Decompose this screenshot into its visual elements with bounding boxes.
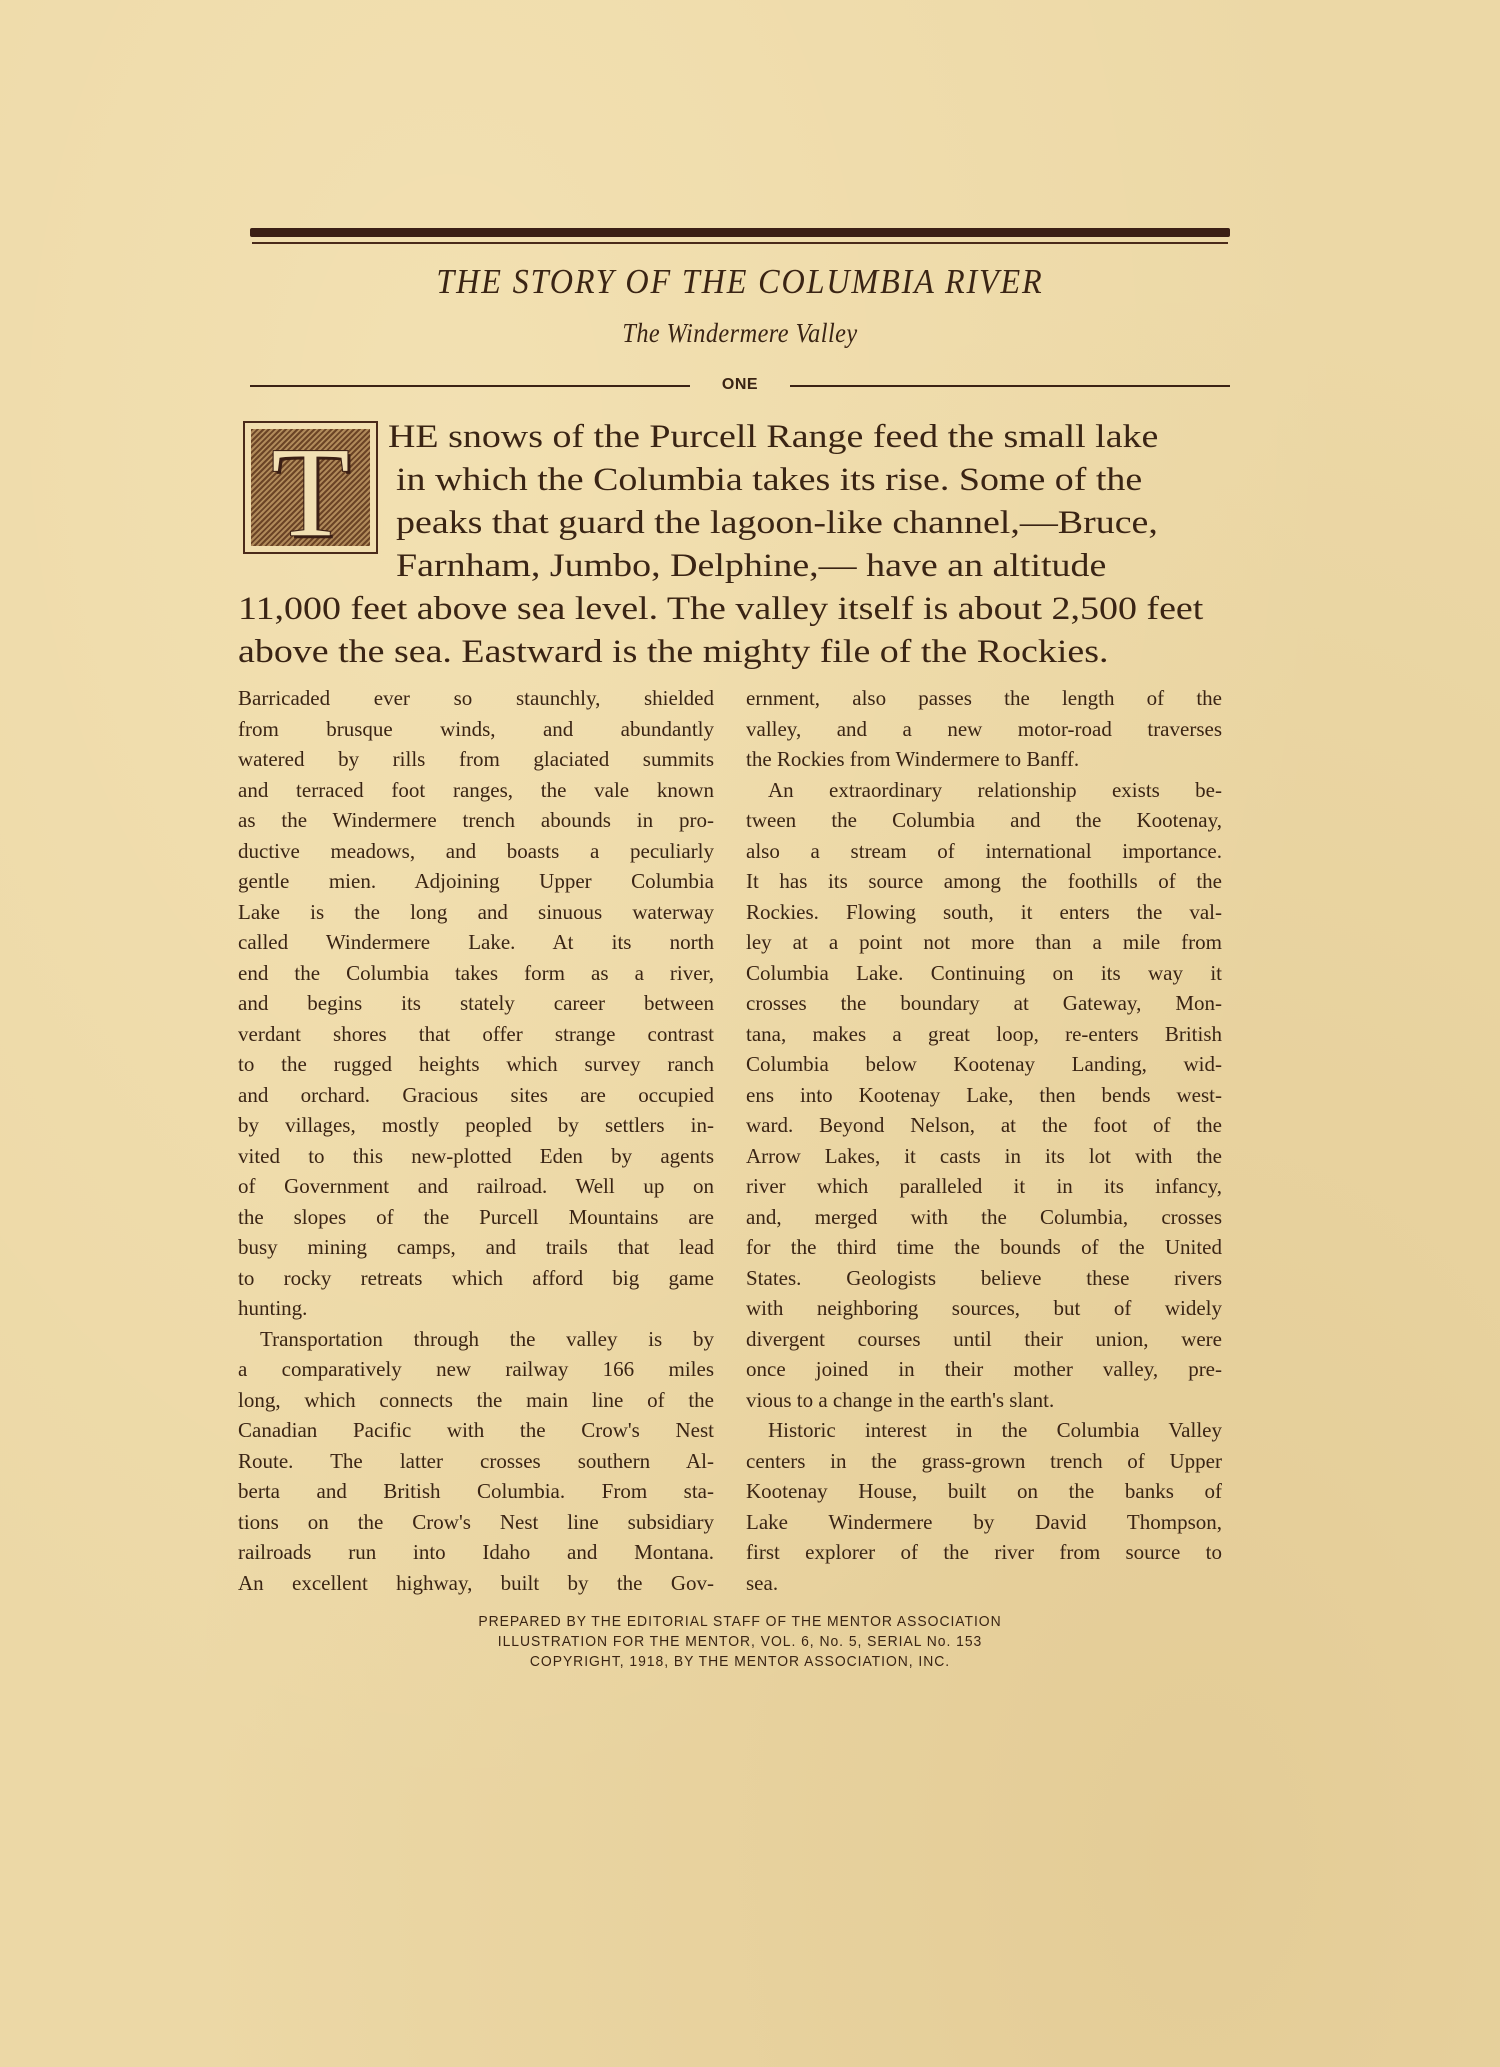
document-page: THE STORY OF THE COLUMBIA RIVER The Wind… bbox=[0, 0, 1500, 2067]
text-line: Lake Windermere by David Thompson, bbox=[746, 1507, 1222, 1538]
text-line: watered by rills from glaciated summits bbox=[238, 744, 714, 775]
drop-cap-box: T bbox=[243, 421, 378, 554]
footer-credits: PREPARED BY THE EDITORIAL STAFF OF THE M… bbox=[270, 1612, 1211, 1672]
text-line: the slopes of the Purcell Mountains are bbox=[238, 1202, 714, 1233]
text-line: ductive meadows, and boasts a peculiarly bbox=[238, 836, 714, 867]
text-line: of Government and railroad. Well up on bbox=[238, 1171, 714, 1202]
text-line: crosses the boundary at Gateway, Mon- bbox=[746, 988, 1222, 1019]
text-line: and orchard. Gracious sites are occupied bbox=[238, 1080, 714, 1111]
text-line: Canadian Pacific with the Crow's Nest bbox=[238, 1415, 714, 1446]
text-line: Kootenay House, built on the banks of bbox=[746, 1476, 1222, 1507]
text-line: for the third time the bounds of the Uni… bbox=[746, 1232, 1222, 1263]
text-line: Rockies. Flowing south, it enters the va… bbox=[746, 897, 1222, 928]
text-line: An excellent highway, built by the Gov- bbox=[238, 1568, 714, 1599]
text-line: tions on the Crow's Nest line subsidiary bbox=[238, 1507, 714, 1538]
text-line: the Rockies from Windermere to Banff. bbox=[746, 744, 1222, 775]
section-divider: ONE bbox=[250, 374, 1230, 396]
text-line: An extraordinary relationship exists be- bbox=[746, 775, 1222, 806]
text-line: Barricaded ever so staunchly, shielded bbox=[238, 683, 714, 714]
text-line: ley at a point not more than a mile from bbox=[746, 927, 1222, 958]
text-line: also a stream of international importanc… bbox=[746, 836, 1222, 867]
section-label: ONE bbox=[690, 374, 790, 396]
text-line: to rocky retreats which afford big game bbox=[238, 1263, 714, 1294]
divider-line-right bbox=[790, 385, 1230, 387]
text-line: valley, and a new motor-road traverses bbox=[746, 714, 1222, 745]
text-line: by villages, mostly peopled by settlers … bbox=[238, 1110, 714, 1141]
text-line: Arrow Lakes, it casts in its lot with th… bbox=[746, 1141, 1222, 1172]
intro-line: Farnham, Jumbo, Delphine,— have an altit… bbox=[396, 545, 1106, 588]
intro-line: 11,000 feet above sea level. The valley … bbox=[238, 588, 1203, 631]
text-line: with neighboring sources, but of widely bbox=[746, 1293, 1222, 1324]
top-rule-thin bbox=[252, 242, 1228, 244]
text-line: Columbia Lake. Continuing on its way it bbox=[746, 958, 1222, 989]
text-line: tana, makes a great loop, re-enters Brit… bbox=[746, 1019, 1222, 1050]
top-rule-thick bbox=[250, 228, 1230, 237]
text-line: and, merged with the Columbia, crosses bbox=[746, 1202, 1222, 1233]
right-column: ernment, also passes the length of the v… bbox=[746, 683, 1222, 1598]
text-line: Columbia below Kootenay Landing, wid- bbox=[746, 1049, 1222, 1080]
text-line: Lake is the long and sinuous waterway bbox=[238, 897, 714, 928]
text-line: and terraced foot ranges, the vale known bbox=[238, 775, 714, 806]
left-column: Barricaded ever so staunchly, shielded f… bbox=[238, 683, 714, 1598]
text-line: gentle mien. Adjoining Upper Columbia bbox=[238, 866, 714, 897]
footer-line: PREPARED BY THE EDITORIAL STAFF OF THE M… bbox=[270, 1612, 1211, 1632]
text-line: States. Geologists believe these rivers bbox=[746, 1263, 1222, 1294]
divider-line-left bbox=[250, 385, 690, 387]
text-line: as the Windermere trench abounds in pro- bbox=[238, 805, 714, 836]
text-line: vious to a change in the earth's slant. bbox=[746, 1385, 1222, 1416]
text-line: and begins its stately career between bbox=[238, 988, 714, 1019]
text-line: river which paralleled it in its infancy… bbox=[746, 1171, 1222, 1202]
page-subtitle: The Windermere Valley bbox=[299, 316, 1181, 350]
drop-cap-letter: T bbox=[251, 429, 370, 550]
text-line: end the Columbia takes form as a river, bbox=[238, 958, 714, 989]
text-line: ens into Kootenay Lake, then bends west- bbox=[746, 1080, 1222, 1111]
text-line: busy mining camps, and trails that lead bbox=[238, 1232, 714, 1263]
text-line: tween the Columbia and the Kootenay, bbox=[746, 805, 1222, 836]
text-line: from brusque winds, and abundantly bbox=[238, 714, 714, 745]
intro-line: HE snows of the Purcell Range feed the s… bbox=[388, 416, 1158, 459]
text-line: a comparatively new railway 166 miles bbox=[238, 1354, 714, 1385]
text-line: Route. The latter crosses southern Al- bbox=[238, 1446, 714, 1477]
text-line: ernment, also passes the length of the bbox=[746, 683, 1222, 714]
intro-line: peaks that guard the lagoon-like channel… bbox=[396, 502, 1158, 545]
text-line: divergent courses until their union, wer… bbox=[746, 1324, 1222, 1355]
text-line: Transportation through the valley is by bbox=[238, 1324, 714, 1355]
drop-cap-hatching: T bbox=[251, 429, 370, 546]
text-line: sea. bbox=[746, 1568, 1222, 1599]
footer-line: ILLUSTRATION FOR THE MENTOR, VOL. 6, No.… bbox=[270, 1632, 1211, 1652]
text-line: long, which connects the main line of th… bbox=[238, 1385, 714, 1416]
text-line: first explorer of the river from source … bbox=[746, 1537, 1222, 1568]
text-line: berta and British Columbia. From sta- bbox=[238, 1476, 714, 1507]
text-line: to the rugged heights which survey ranch bbox=[238, 1049, 714, 1080]
text-line: centers in the grass-grown trench of Upp… bbox=[746, 1446, 1222, 1477]
footer-line: COPYRIGHT, 1918, BY THE MENTOR ASSOCIATI… bbox=[270, 1652, 1211, 1672]
text-line: hunting. bbox=[238, 1293, 714, 1324]
text-line: Historic interest in the Columbia Valley bbox=[746, 1415, 1222, 1446]
text-line: called Windermere Lake. At its north bbox=[238, 927, 714, 958]
page-title: THE STORY OF THE COLUMBIA RIVER bbox=[289, 262, 1191, 302]
intro-line: in which the Columbia takes its rise. So… bbox=[396, 459, 1142, 502]
text-line: It has its source among the foothills of… bbox=[746, 866, 1222, 897]
text-line: verdant shores that offer strange contra… bbox=[238, 1019, 714, 1050]
intro-line: above the sea. Eastward is the mighty fi… bbox=[238, 631, 1109, 674]
text-line: ward. Beyond Nelson, at the foot of the bbox=[746, 1110, 1222, 1141]
text-line: vited to this new-plotted Eden by agents bbox=[238, 1141, 714, 1172]
text-line: once joined in their mother valley, pre- bbox=[746, 1354, 1222, 1385]
text-line: railroads run into Idaho and Montana. bbox=[238, 1537, 714, 1568]
